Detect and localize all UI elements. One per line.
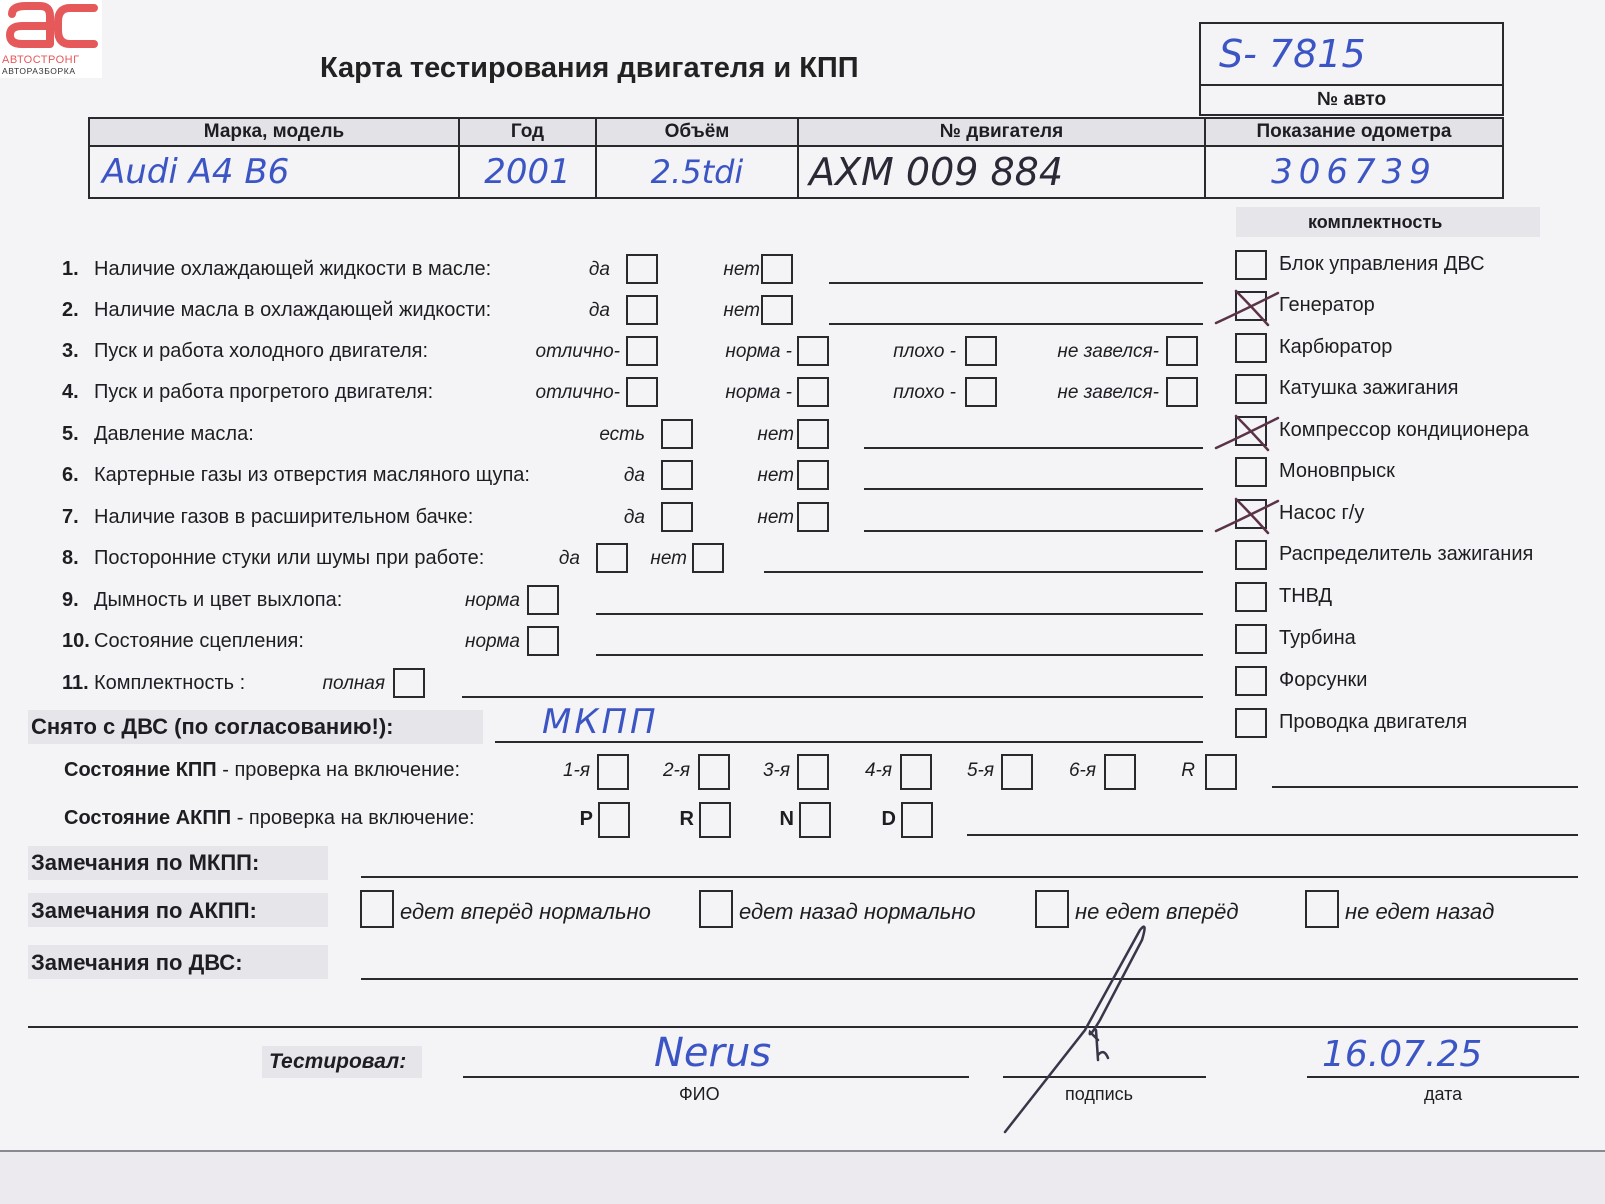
- gear-label: 3-я: [763, 760, 790, 782]
- gear-checkbox[interactable]: [1205, 754, 1237, 790]
- check-option-checkbox[interactable]: [797, 419, 829, 449]
- check-label: Наличие газов в расширительном бачке:: [94, 506, 473, 529]
- gearbox-row-label: Состояние АКПП - проверка на включение:: [64, 807, 475, 830]
- check-label: Дымность и цвет выхлопа:: [94, 589, 342, 612]
- check-x-mark-icon: [1212, 410, 1282, 454]
- check-option-label: да: [624, 465, 645, 487]
- gear-label: P: [580, 808, 593, 831]
- check-number: 5.: [62, 423, 79, 446]
- check-option-checkbox[interactable]: [761, 254, 793, 284]
- check-option-checkbox[interactable]: [661, 460, 693, 490]
- auto-remark-label: едет назад нормально: [739, 899, 976, 925]
- removed-label: Снято с ДВС (по согласованию!):: [31, 714, 394, 740]
- page-title: Карта тестирования двигателя и КПП: [320, 52, 859, 85]
- gear-checkbox[interactable]: [900, 754, 932, 790]
- completeness-checkbox[interactable]: [1235, 666, 1267, 696]
- engine-number-value[interactable]: AXM 009 884: [809, 150, 1063, 194]
- check-notes-line[interactable]: [462, 696, 1203, 698]
- name-line: [463, 1076, 969, 1078]
- completeness-checkbox[interactable]: [1235, 708, 1267, 738]
- vehicle-info-table: Марка, модель Год Объём № двигателя Пока…: [88, 117, 1504, 199]
- completeness-item-label: Карбюратор: [1279, 336, 1392, 359]
- check-option-checkbox[interactable]: [797, 377, 829, 407]
- remarks-engine-line-2[interactable]: [28, 1026, 1578, 1028]
- check-option-label: полная: [323, 673, 386, 695]
- check-option-checkbox[interactable]: [661, 419, 693, 449]
- col-odometer: Показание одометра: [1205, 118, 1503, 146]
- gear-label: 2-я: [663, 760, 690, 782]
- gear-checkbox[interactable]: [1001, 754, 1033, 790]
- auto-remark-checkbox[interactable]: [699, 890, 733, 928]
- tested-label: Тестировал:: [269, 1050, 406, 1074]
- check-notes-line[interactable]: [764, 571, 1203, 573]
- check-option-label: норма -: [725, 341, 792, 363]
- gear-checkbox[interactable]: [1104, 754, 1136, 790]
- gear-label: N: [780, 808, 794, 831]
- check-option-label: нет: [723, 259, 760, 281]
- check-option-label: да: [559, 548, 580, 570]
- completeness-item-label: Моновпрыск: [1279, 460, 1395, 483]
- completeness-item-label: Катушка зажигания: [1279, 377, 1459, 400]
- check-label: Наличие охлаждающей жидкости в масле:: [94, 258, 491, 281]
- volume-value[interactable]: 2.5tdi: [651, 153, 744, 191]
- check-number: 10.: [62, 630, 90, 653]
- completeness-title: комплектность: [1308, 212, 1442, 233]
- col-volume: Объём: [596, 118, 798, 146]
- check-option-checkbox[interactable]: [797, 502, 829, 532]
- completeness-checkbox[interactable]: [1235, 582, 1267, 612]
- date-line: [1307, 1076, 1579, 1078]
- check-option-checkbox[interactable]: [692, 543, 724, 573]
- car-number-label: № авто: [1200, 85, 1503, 115]
- completeness-checkbox[interactable]: [1235, 333, 1267, 363]
- check-label: Состояние сцепления:: [94, 630, 304, 653]
- gearbox-desc: - проверка на включение:: [231, 807, 474, 829]
- gear-checkbox[interactable]: [901, 802, 933, 838]
- auto-remark-checkbox[interactable]: [360, 890, 394, 928]
- gear-label: 5-я: [967, 760, 994, 782]
- check-option-label: не завелся-: [1057, 382, 1159, 404]
- gear-label: 1-я: [563, 760, 590, 782]
- logo-brand: АВТОСТРОНГ: [2, 54, 80, 66]
- check-option-label: есть: [599, 424, 645, 446]
- gearbox-type: Состояние КПП: [64, 759, 217, 781]
- gearbox-type: Состояние АКПП: [64, 807, 231, 829]
- gear-label: R: [680, 808, 694, 831]
- gear-checkbox[interactable]: [597, 754, 629, 790]
- completeness-item-label: Форсунки: [1279, 669, 1367, 692]
- check-option-checkbox[interactable]: [761, 295, 793, 325]
- check-label: Пуск и работа прогретого двигателя:: [94, 381, 433, 404]
- gear-checkbox[interactable]: [699, 802, 731, 838]
- check-option-checkbox[interactable]: [965, 377, 997, 407]
- check-option-label: плохо -: [893, 341, 956, 363]
- check-option-label: нет: [650, 548, 687, 570]
- test-card-sheet: АВТОСТРОНГ АВТОРАЗБОРКА Карта тестирован…: [0, 0, 1605, 1152]
- logo-subtitle: АВТОРАЗБОРКА: [2, 66, 76, 76]
- company-logo: АВТОСТРОНГ АВТОРАЗБОРКА: [0, 0, 102, 78]
- check-option-checkbox[interactable]: [965, 336, 997, 366]
- check-number: 11.: [62, 672, 89, 695]
- check-number: 9.: [62, 589, 79, 612]
- check-option-label: нет: [757, 465, 794, 487]
- check-label: Посторонние стуки или шумы при работе:: [94, 547, 484, 570]
- auto-remark-label: едет вперёд нормально: [400, 899, 651, 925]
- date-value[interactable]: 16.07.25: [1322, 1034, 1482, 1075]
- completeness-checkbox[interactable]: [1235, 457, 1267, 487]
- completeness-item-label: ТНВД: [1279, 585, 1332, 608]
- check-option-label: норма: [465, 590, 520, 612]
- check-option-label: норма -: [725, 382, 792, 404]
- check-number: 1.: [62, 258, 79, 281]
- check-label: Пуск и работа холодного двигателя:: [94, 340, 428, 363]
- completeness-item-label: Генератор: [1279, 294, 1375, 317]
- check-option-checkbox[interactable]: [393, 668, 425, 698]
- gearbox-desc: - проверка на включение:: [217, 759, 460, 781]
- check-option-label: да: [589, 300, 610, 322]
- check-option-label: плохо -: [893, 382, 956, 404]
- check-option-label: отлично-: [536, 341, 620, 363]
- check-option-label: нет: [723, 300, 760, 322]
- check-number: 8.: [62, 547, 79, 570]
- completeness-item-label: Проводка двигателя: [1279, 711, 1467, 734]
- check-option-label: норма: [465, 631, 520, 653]
- date-caption: дата: [1424, 1084, 1462, 1105]
- check-number: 7.: [62, 506, 79, 529]
- check-option-label: да: [624, 507, 645, 529]
- completeness-checkbox[interactable]: [1235, 624, 1267, 654]
- col-make-model: Марка, модель: [89, 118, 459, 146]
- removed-value[interactable]: МКПП: [542, 702, 659, 742]
- completeness-item-label: Распределитель зажигания: [1279, 543, 1533, 566]
- check-label: Давление масла:: [94, 423, 254, 446]
- gearbox-notes-line[interactable]: [1272, 786, 1578, 788]
- check-option-label: нет: [757, 507, 794, 529]
- check-notes-line[interactable]: [596, 613, 1203, 615]
- check-option-checkbox[interactable]: [1166, 377, 1198, 407]
- check-notes-line[interactable]: [829, 282, 1203, 284]
- check-option-checkbox[interactable]: [626, 336, 658, 366]
- name-caption: ФИО: [679, 1084, 720, 1105]
- check-option-checkbox[interactable]: [797, 336, 829, 366]
- check-number: 4.: [62, 381, 79, 404]
- check-label: Комплектность :: [94, 672, 245, 695]
- check-x-mark-icon: [1212, 285, 1282, 329]
- check-option-checkbox[interactable]: [527, 626, 559, 656]
- odometer-value[interactable]: 306739: [1271, 152, 1437, 192]
- gear-label: 4-я: [865, 760, 892, 782]
- completeness-checkbox[interactable]: [1235, 374, 1267, 404]
- signature-icon: [990, 920, 1190, 1140]
- remarks-auto-label: Замечания по АКПП:: [31, 898, 257, 924]
- completeness-item-label: Компрессор кондиционера: [1279, 419, 1529, 442]
- ac-logo-icon: [4, 0, 98, 50]
- check-option-label: нет: [757, 424, 794, 446]
- check-option-checkbox[interactable]: [797, 460, 829, 490]
- remarks-engine-label: Замечания по ДВС:: [31, 950, 243, 976]
- make-model-value[interactable]: Audi A4 B6: [102, 152, 289, 192]
- check-option-checkbox[interactable]: [626, 377, 658, 407]
- check-option-label: отлично-: [536, 382, 620, 404]
- gear-label: 6-я: [1069, 760, 1096, 782]
- check-option-checkbox[interactable]: [661, 502, 693, 532]
- completeness-item-label: Блок управления ДВС: [1279, 253, 1485, 276]
- remarks-manual-line[interactable]: [361, 876, 1578, 878]
- gearbox-row-label: Состояние КПП - проверка на включение:: [64, 759, 460, 782]
- car-number-value[interactable]: S- 7815: [1219, 32, 1366, 76]
- check-notes-line[interactable]: [829, 323, 1203, 325]
- check-label: Картерные газы из отверстия масляного щу…: [94, 464, 530, 487]
- check-notes-line[interactable]: [864, 488, 1203, 490]
- gear-label: R: [1181, 760, 1195, 782]
- auto-remark-label: не едет назад: [1345, 899, 1494, 925]
- completeness-checkbox[interactable]: [1235, 250, 1267, 280]
- gear-checkbox[interactable]: [799, 802, 831, 838]
- check-x-mark-icon: [1212, 493, 1282, 537]
- remarks-engine-line-1[interactable]: [361, 978, 1578, 980]
- check-number: 6.: [62, 464, 79, 487]
- check-number: 3.: [62, 340, 79, 363]
- year-value[interactable]: 2001: [484, 152, 571, 192]
- check-option-checkbox[interactable]: [626, 254, 658, 284]
- gear-checkbox[interactable]: [698, 754, 730, 790]
- check-label: Наличие масла в охлаждающей жидкости:: [94, 299, 491, 322]
- completeness-item-label: Насос г/у: [1279, 502, 1364, 525]
- car-number-table: S- 7815 № авто: [1199, 22, 1504, 116]
- check-option-checkbox[interactable]: [596, 543, 628, 573]
- check-notes-line[interactable]: [864, 447, 1203, 449]
- check-option-label: да: [589, 259, 610, 281]
- check-notes-line[interactable]: [864, 530, 1203, 532]
- col-engine-number: № двигателя: [798, 118, 1205, 146]
- check-option-checkbox[interactable]: [527, 585, 559, 615]
- check-option-label: не завелся-: [1057, 341, 1159, 363]
- check-option-checkbox[interactable]: [1166, 336, 1198, 366]
- col-year: Год: [459, 118, 596, 146]
- completeness-checkbox[interactable]: [1235, 540, 1267, 570]
- check-number: 2.: [62, 299, 79, 322]
- completeness-item-label: Турбина: [1279, 627, 1356, 650]
- check-notes-line[interactable]: [596, 654, 1203, 656]
- remarks-manual-label: Замечания по МКПП:: [31, 850, 259, 876]
- gear-checkbox[interactable]: [797, 754, 829, 790]
- gearbox-notes-line[interactable]: [967, 834, 1578, 836]
- removed-underline: [495, 741, 1203, 743]
- gear-checkbox[interactable]: [598, 802, 630, 838]
- auto-remark-checkbox[interactable]: [1305, 890, 1339, 928]
- tester-name-value[interactable]: Nerus: [654, 1030, 771, 1076]
- gear-label: D: [882, 808, 896, 831]
- check-option-checkbox[interactable]: [626, 295, 658, 325]
